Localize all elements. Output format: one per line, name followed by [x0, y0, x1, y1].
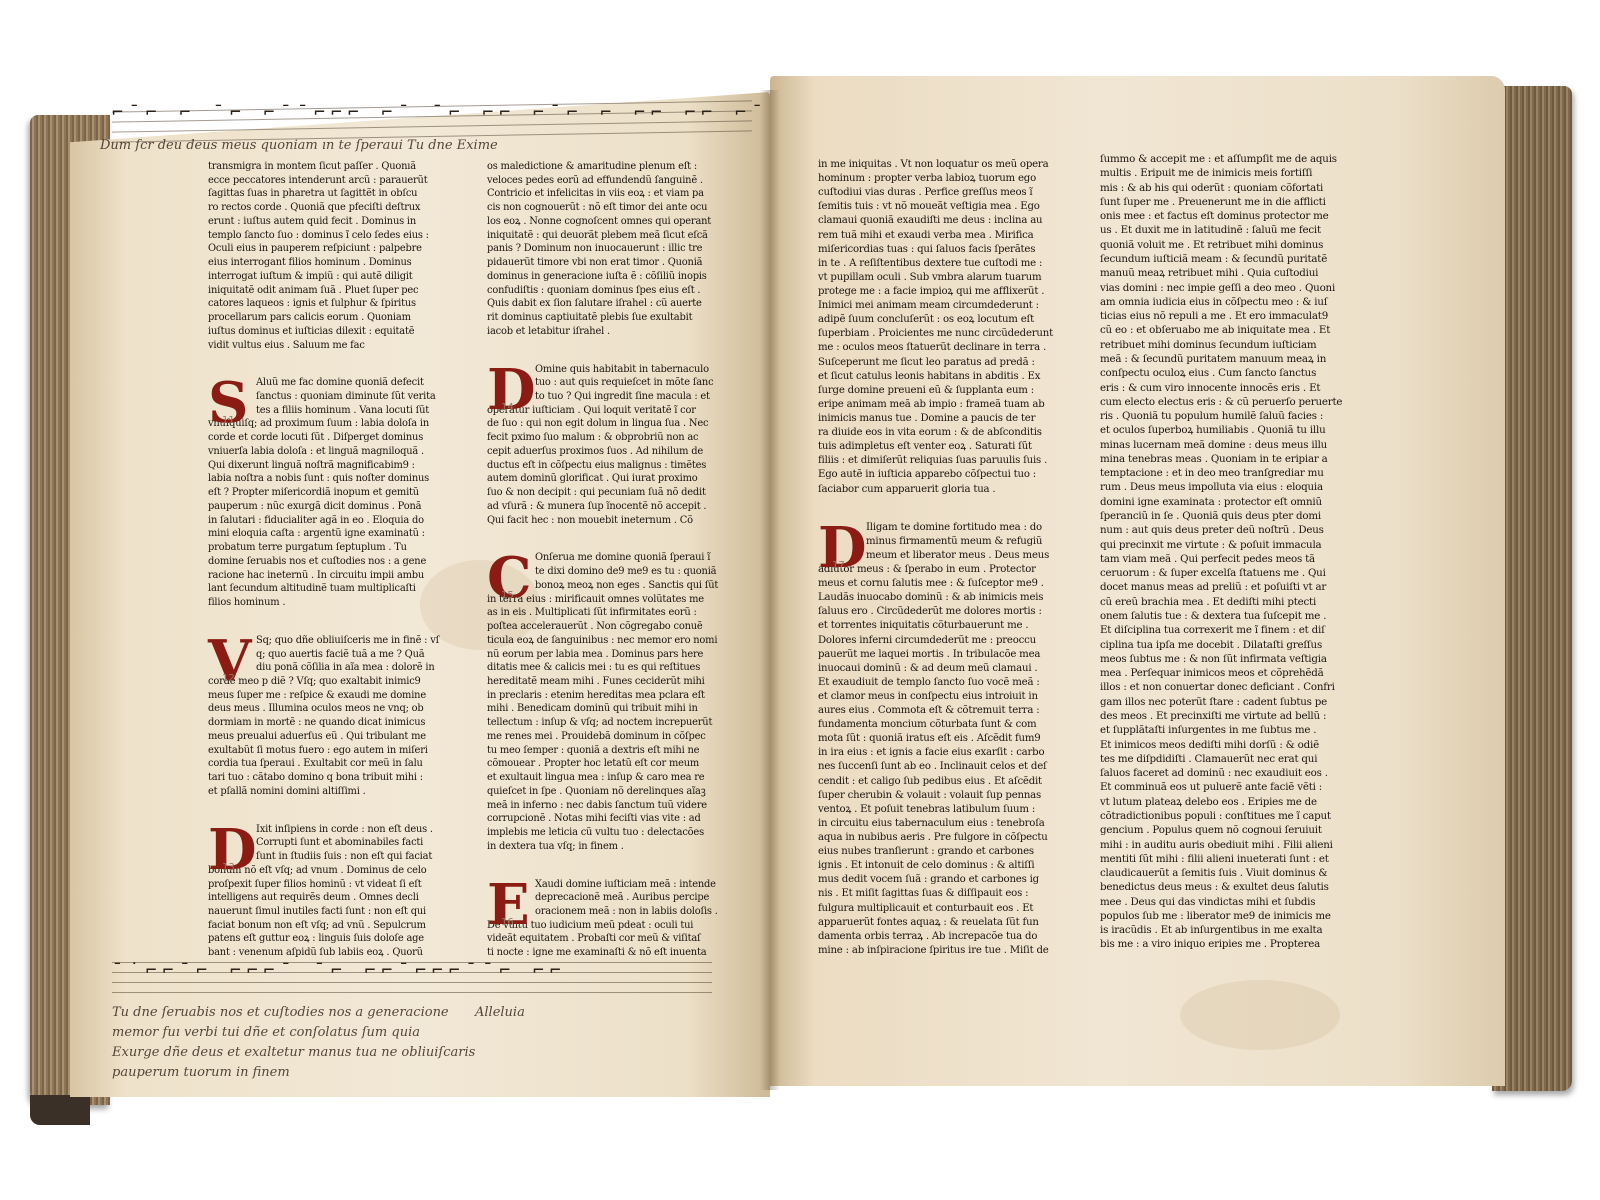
text-line: vt pupillam oculi . Sub vmbra alarum tua…	[818, 271, 1068, 285]
margin-note: Alleluia	[475, 1005, 525, 1020]
text-line: Dolores inferni circumdederũt me : preoc…	[818, 634, 1068, 648]
text-line: transmigra in montem ſicut paſſer . Quon…	[208, 160, 448, 174]
text-line: mihi . Benedicam dominũ qui tribuit mihi…	[487, 702, 737, 716]
text-line: in ira eius : et ignis a facie eius exar…	[818, 746, 1068, 760]
text-line: in ſalutari : fiducialiter agã in eo . E…	[208, 514, 448, 528]
text-line: ſurge domine preueni eũ & ſupplanta eum …	[818, 384, 1068, 398]
text-line: populos ſub me : liberator me9 de inimic…	[1100, 909, 1350, 923]
text-line: retribuet mihi dominus ſecundum iuſticia…	[1100, 338, 1350, 352]
text-line: interrogat iuſtum & impiũ : qui autẽ dil…	[208, 270, 448, 284]
handwritten-line: Exurge dñe deus et exaltetur manus tua n…	[112, 1045, 475, 1060]
text-line: rit dominus captiuitatẽ plebis ſue exult…	[487, 311, 737, 325]
text-line: meus preualui aduerſus eũ . Qui tribulan…	[208, 730, 448, 744]
open-book-photo: ⌐ˉ⌐ ⌐ ˉ⌐ ⌐ˉˉ⌐⌐⌐ ⌐ˉ ˉ⌐ ⌐⌐ ⌐ˉ⌐ ⌐ ⌐⌐ ⌐⌐ ⌐ˉ …	[0, 0, 1600, 1200]
text-line: faciat bonum non eſt vſq; ad vnũ . Sepul…	[208, 919, 448, 933]
text-line: apparuerũt fontes aquaꝝ : & reuelata ſũt…	[818, 916, 1068, 930]
text-line: ris . Quoniã tu populum humilẽ ſaluũ fac…	[1100, 409, 1350, 423]
text-line: temptacione : et in deo meo tranſgrediar…	[1100, 466, 1350, 480]
text-line: filiis : et dimiſerũt reliquias ſuas par…	[818, 454, 1068, 468]
text-line: num : aut quis deus preter deũ noſtrũ . …	[1100, 523, 1350, 537]
text-line: rem tuã mihi et exaudi verba mea . Mirif…	[818, 229, 1068, 243]
text-line: docet manus meas ad preliũ : et poſuiſti…	[1100, 580, 1350, 594]
text-line: dormiam in mortẽ : ne quando dicat inimi…	[208, 716, 448, 730]
rubricated-initial: E16	[487, 876, 531, 934]
text-line: ſaciabor cum apparuerit gloria tua .	[818, 483, 1068, 497]
psalm-number: 17	[832, 537, 845, 595]
text-line: fulgura multiplicauit et conturbauit eos…	[818, 902, 1068, 916]
text-line: meã : & ſecundũ puritatem manuum meaꝝ in	[1100, 352, 1350, 366]
psalm-14: D14 Omine quis habitabit in tabernaculo …	[487, 363, 737, 528]
text-line: mee . Deus qui das vindictas mihi et ſub…	[1100, 895, 1350, 909]
text-line: patens eſt guttur eoꝝ : linguis ſuis dol…	[208, 932, 448, 946]
text-line: catores laqueos : ignis et ſulphur & ſpi…	[208, 297, 448, 311]
text-line: domini igne examinata : protector eſt om…	[1100, 495, 1350, 509]
text-line: rum . Deus meus impolluta via eius : elo…	[1100, 480, 1350, 494]
text-line: meos ſubtus me : & non ſũt infirmata veſ…	[1100, 652, 1350, 666]
text-line: ſaluus ero . Circũdederũt me dolores mor…	[818, 605, 1068, 619]
psalm-number: 16	[501, 894, 514, 952]
text-line: tes me diſpdidiſti . Clamauerũt nec erat…	[1100, 752, 1350, 766]
text-line: mea . Perſequar inimicos meos et cõprehẽ…	[1100, 666, 1350, 680]
text-line: Et inimicos meos dediſti mihi dorſũ : & …	[1100, 738, 1350, 752]
text-line: in circuitu eius tabernaculum eius : ten…	[818, 817, 1068, 831]
text-line: damenta orbis terraꝝ . Ab increpacõe tua…	[818, 930, 1068, 944]
text-line: et ſicut catulus leonis habitans in abdi…	[818, 370, 1068, 384]
rubricated-initial: S11	[208, 374, 252, 432]
book-gutter	[760, 90, 780, 1090]
text-line: Qui facit hec : non mouebit ineternum . …	[487, 514, 737, 528]
text-line: gencium . Populus quem nõ cognoui ſeruiu…	[1100, 823, 1350, 837]
text-line: onem ſalutis tue : & dextera tua ſuſcepi…	[1100, 609, 1350, 623]
text-line: ſagittas ſuas in pharetra ut ſagittẽt in…	[208, 187, 448, 201]
text-line: des meos . Et precinxiſti me virtute ad …	[1100, 709, 1350, 723]
text-line: et torrentes iniquitatis cõturbauerunt m…	[818, 619, 1068, 633]
text-line: Contricio et infelicitas in viis eoꝝ : e…	[487, 187, 737, 201]
text-line: tari tuo : cãtabo domino q bona tribuit …	[208, 771, 448, 785]
text-line: mis : & ab his qui oderũt : quoniam cõfo…	[1100, 181, 1350, 195]
text-line: ticias eius nõ repuli a me . Et ero imma…	[1100, 309, 1350, 323]
text-line: in dextera tua vſq; in finem .	[487, 840, 737, 854]
rubricated-initial: D17	[818, 519, 862, 577]
text-line: cũ eo : et obſeruabo me ab iniquitate me…	[1100, 323, 1350, 337]
text-line: illos : et non conuertar donec deficiant…	[1100, 680, 1350, 694]
text-line: eius nubes tranſierunt : grando et carbo…	[818, 845, 1068, 859]
text-line: lant ſecundum altitudinẽ tuam multiplica…	[208, 582, 448, 596]
text-line: vt lutum plateaꝝ delebo eos . Eripies me…	[1100, 795, 1350, 809]
text-line: conſpectu oculoꝝ eius . Cum ſancto ſanct…	[1100, 366, 1350, 380]
text-line: fecit pximo ſuo malum : & obprobriũ non …	[487, 431, 737, 445]
text-line: manuũ meaꝝ retribuet mihi . Quia cuſtodi…	[1100, 266, 1350, 280]
text-line: us . Et duxit me in latitudinẽ : ſaluũ m…	[1100, 223, 1350, 237]
text-line: domine ſeruabis nos et cuſtodies nos : a…	[208, 555, 448, 569]
text-line: ductus eſt in cõſpectu eius malignus : t…	[487, 459, 737, 473]
text-line: claudicauerũt a ſemitis ſuis . Viuit dom…	[1100, 866, 1350, 880]
text-line: implebis me leticia cũ vultu tuo : delec…	[487, 826, 737, 840]
text-line: ventoꝝ . Et poſuit tenebras latibulum ſu…	[818, 803, 1068, 817]
neume-notation: ⌐ˉ⌐ ⌐ ˉ⌐ ⌐ˉˉ⌐⌐⌐ ⌐ˉ ˉ⌐ ⌐⌐ ⌐ˉ⌐ ⌐ ⌐⌐ ⌐⌐ ⌐ˉ	[112, 102, 769, 123]
psalm-12: V12 Sq; quo dñe obliuiſceris me in finẽ …	[208, 634, 448, 799]
text-line: cordia tua ſperaui . Exultabit cor meũ i…	[208, 757, 448, 771]
text-line: los eoꝝ . Nonne cognoſcent omnes qui ope…	[487, 215, 737, 229]
text-line: mentiti ſũt mihi : filii alieni inuetera…	[1100, 852, 1350, 866]
text-line: cõtradictionibus populi : conſtitues me …	[1100, 809, 1350, 823]
text-line: filios hominum .	[208, 596, 448, 610]
text-line: cum electo electus eris : & cũ peruerſo …	[1100, 395, 1350, 409]
text-line: ſuo & non decipit : qui pecuniam ſuã nõ …	[487, 486, 737, 500]
text-line: cendit : et caligo ſub pedibus eius . Et…	[818, 775, 1068, 789]
text-line: veloces pedes eorũ ad effundendũ ſanguin…	[487, 174, 737, 188]
text-line: os maledictione & amaritudine plenum eſt…	[487, 160, 737, 174]
text-line: ra diuide eos in vita eorum : & de abſco…	[818, 426, 1068, 440]
text-line: labia noſtra a nobis ſunt : quis noſter …	[208, 472, 448, 486]
text-line: vias domini : nec impie geſſi a deo meo …	[1100, 281, 1350, 295]
text-line: ro rectos corde . Quoniã que pfeciſti de…	[208, 201, 448, 215]
rubricated-initial: C15	[487, 549, 531, 607]
text-line: Suſceperunt me ſicut leo paratus ad pred…	[818, 356, 1068, 370]
text-line: nis . Et miſit ſagittas ſuas & diſſipaui…	[818, 887, 1068, 901]
left-page-column-2: os maledictione & amaritudine plenum eſt…	[487, 160, 737, 960]
text-line: cis non cognouerũt : nõ eſt timor dei an…	[487, 201, 737, 215]
text-line: vidit vultus eius . Saluum me fac	[208, 339, 448, 353]
text-line: exultabũt ſi motus fuero : ego autem in …	[208, 744, 448, 758]
text-line: nes ſuccenſi ſunt ab eo . Inclinauit cel…	[818, 760, 1068, 774]
handwritten-line: pauperum tuorum in finem	[112, 1065, 290, 1080]
handwritten-line: Tu dne ſeruabis nos et cuſtodies nos a g…	[112, 1005, 449, 1020]
text-line: Qui dixerunt linguã noſtrã magnificabim9…	[208, 459, 448, 473]
text-line: qui precinxit me virtute : & poſuit imma…	[1100, 538, 1350, 552]
text-line: ſaluos faceret ad dominũ : nec exaudiuit…	[1100, 766, 1350, 780]
text-line: templo ſancto ſuo : dominus ĩ celo ſedes…	[208, 229, 448, 243]
text-line: protege me : a facie impioꝝ qui me affli…	[818, 285, 1068, 299]
text-line: in me iniquitas . Vt non loquatur os meũ…	[818, 158, 1068, 172]
psalm-17: D17 Iligam te domine fortitudo mea : do …	[818, 521, 1068, 958]
text-line: racione hac ineternũ . In circuitu impii…	[208, 569, 448, 583]
text-line: inuocaui dominũ : & ad deum meũ clamaui …	[818, 662, 1068, 676]
right-page-column-2: ſummo & accepit me : et aſſumpſit me de …	[1100, 152, 1350, 952]
text-line: et ſupplãtaſti inſurgentes in me ſubtus …	[1100, 723, 1350, 737]
text-line: iacob et letabitur iſrahel .	[487, 325, 737, 339]
text-line: cuſtodiui vias duras . Perfice greſſus m…	[818, 186, 1068, 200]
text-line: et pſallã nomini domini altiſſimi .	[208, 785, 448, 799]
text-line: hereditatẽ meam mihi . Funes ceciderũt m…	[487, 675, 737, 689]
text-line: cũ ereũ brachia mea . Et dediſti mihi pt…	[1100, 595, 1350, 609]
text-line: miſericordias tuas : qui ſaluos facis ſp…	[818, 243, 1068, 257]
text-line: ticula eoꝝ de ſanguinibus : nec memor er…	[487, 634, 737, 648]
text-line: mina tenebras meas . Quoniam in te eripi…	[1100, 452, 1350, 466]
text-line: intelligens aut requirẽs deum . Omnes de…	[208, 891, 448, 905]
text-line: Oculi eius in pauperem reſpiciunt : palp…	[208, 242, 448, 256]
text-line: pauerũt me laquei mortis . In tribulacõe…	[818, 648, 1068, 662]
rubricated-initial: D13	[208, 821, 252, 879]
text-line: mini eloquia caſta : argentũ igne examin…	[208, 527, 448, 541]
text-line: procellarum pars calicis eorum . Quoniam	[208, 311, 448, 325]
neume-notation: ˉ˙⌐⌐ˉ⌐ ⌐⌐⌐ˉ ˉ⌐ ⌐⌐ˉ⌐⌐⌐ˉˉ⌐ ⌐⌐	[112, 960, 567, 981]
text-line: ditatis mee & calicis mei : tu es qui re…	[487, 661, 737, 675]
top-music-staff: ⌐ˉ⌐ ⌐ ˉ⌐ ⌐ˉˉ⌐⌐⌐ ⌐ˉ ˉ⌐ ⌐⌐ ⌐ˉ⌐ ⌐ ⌐⌐ ⌐⌐ ⌐ˉ	[112, 100, 752, 140]
text-line: Quis dabit ex ſion ſalutare iſrahel : cũ…	[487, 297, 737, 311]
text-line: confudiſtis : quoniam dominus ſpes eius …	[487, 284, 737, 298]
right-page-column-1: in me iniquitas . Vt non loquatur os meũ…	[818, 158, 1068, 958]
text-line: ciplina tua ipſa me docebit . Dilataſti …	[1100, 638, 1350, 652]
text-line: pidauerũt timore vbi non erat timor . Qu…	[487, 256, 737, 270]
text-line: aqua in nubibus aeris . Pre fulgore in c…	[818, 831, 1068, 845]
text-line: dominus in generacione iuſta ẽ : cõſiliũ…	[487, 270, 737, 284]
text-line: Ego autẽ in iuſticia apparebo cõſpectui …	[818, 468, 1068, 482]
text-line: ſuper cherubin & volauit : volauit ſup p…	[818, 789, 1068, 803]
text-line: mus dedit vocem ſuã : grando et carbones…	[818, 873, 1068, 887]
text-line: eius interrogant filios hominum . Dominu…	[208, 256, 448, 270]
text-line: cepit aduerſus proximos ſuos . Ad nihilu…	[487, 445, 737, 459]
text-line: me : oculos meos ſtatuerũt declinare in …	[818, 341, 1068, 355]
text-line: ſunt ſuper me . Preuenerunt me in die af…	[1100, 195, 1350, 209]
handwritten-text-incipit: Dum ſcr deu deus meus quoniam ın te ſper…	[100, 138, 498, 153]
text-line: tuis adimpletus eſt venter eoꝝ . Saturat…	[818, 440, 1068, 454]
text-line: mihi : in auditu auris obediuit mihi . F…	[1100, 838, 1350, 852]
text-line: ſecundum iuſticiã meam : & ſecundũ purit…	[1100, 252, 1350, 266]
text-line: nauerunt ſimul inutiles facti ſunt : non…	[208, 905, 448, 919]
text-line: meã in inferno : nec dabis ſanctum tuũ v…	[487, 799, 737, 813]
psalm-number: 13	[222, 839, 235, 897]
text-line: ſummo & accepit me : et aſſumpſit me de …	[1100, 152, 1350, 166]
rubricated-initial: D14	[487, 361, 531, 419]
bottom-music-staff: ˉ˙⌐⌐ˉ⌐ ⌐⌐⌐ˉ ˉ⌐ ⌐⌐ˉ⌐⌐⌐ˉˉ⌐ ⌐⌐	[112, 958, 712, 998]
text-line: cõmouear . Propter hoc letatũ eſt cor me…	[487, 757, 737, 771]
text-line: me renes mei . Prouidebã dominum in cõſp…	[487, 730, 737, 744]
text-line: Inimici mei animam meam circumdederunt :	[818, 299, 1068, 313]
text-line: gam illos nec poterũt ſtare : cadent ſub…	[1100, 695, 1350, 709]
text-line: vniuerſa labia doloſa : et linguã magnil…	[208, 445, 448, 459]
text-line: is iracũdis . Et ab inſurgentibus in me …	[1100, 923, 1350, 937]
text-line: tu meo ſemper : quoniã a dextris eſt mih…	[487, 744, 737, 758]
text-line: fundamenta moncium cõturbata ſunt & com	[818, 718, 1068, 732]
text-line: inimicis manus tue . Domine a paucis de …	[818, 412, 1068, 426]
text-line: ecce peccatores intenderunt arcũ : parau…	[208, 174, 448, 188]
text-line: eripe animam meã ab impio : frameã tuam …	[818, 398, 1068, 412]
text-line: in te . A reſiſtentibus dextere tue cuſt…	[818, 257, 1068, 271]
text-line: ſemitis tuis : vt nõ moueãt veſtigia mea…	[818, 200, 1068, 214]
psalm-13: D13 Ixit inſipiens in corde : non eſt de…	[208, 823, 448, 960]
text-line: deus meus . Illumina oculos meos ne vnq;…	[208, 702, 448, 716]
text-line: Et diſciplina tua correxerit me ĩ finem …	[1100, 623, 1350, 637]
text-line: mine : ab inſpiracione ſpiritus ire tue …	[818, 944, 1068, 958]
text-line: panis ? Dominum non inuocauerunt : illic…	[487, 242, 737, 256]
text-line: Et exaudiuit de templo ſancto ſuo vocẽ m…	[818, 676, 1068, 690]
text-line: in preclaris : etenim hereditas mea pcla…	[487, 689, 737, 703]
text-line: onis mee : et factus eſt dominus protect…	[1100, 209, 1350, 223]
text-line: ad vſurã : & munera ſup ĩnocentẽ nõ acce…	[487, 500, 737, 514]
left-page-column-1: transmigra in montem ſicut paſſer . Quon…	[208, 160, 448, 960]
text-line: et oculos ſuperboꝝ humiliabis . Quoniã t…	[1100, 423, 1350, 437]
text-line: ignis . Et intonuit de celo dominus : & …	[818, 859, 1068, 873]
psalm-16: E16 Xaudi domine iuſticiam meã : intende…	[487, 878, 737, 960]
psalm-number: 12	[222, 650, 235, 708]
text-line: nũ eorum per labia mea . Dominus pars he…	[487, 648, 737, 662]
text-line: clamaui quoniã exaudiſti me deus : incli…	[818, 214, 1068, 228]
psalm-number: 14	[501, 379, 514, 437]
text-line: tellectum : inſup & vſq; ad noctem incre…	[487, 716, 737, 730]
text-line: adipẽ ſuum concluſerũt : os eoꝝ locutum …	[818, 313, 1068, 327]
text-line: pauperum : nũc exurgã dicit dominus . Po…	[208, 500, 448, 514]
text-line: quoniã voluit me . Et retribuet mihi dom…	[1100, 238, 1350, 252]
text-line: eris : & cum viro innocente innocẽs eris…	[1100, 381, 1350, 395]
text-line: mota ſũt : quoniã iratus eſt eis . Aſcẽd…	[818, 732, 1068, 746]
text-line: et clamor meus in conſpectu eius introiu…	[818, 690, 1068, 704]
text-line: iniquitatẽ odit animam ſuã . Pluet ſuper…	[208, 284, 448, 298]
psalm-11: S11 Aluũ me fac domine quoniã defecit ſa…	[208, 376, 448, 609]
text-line: Et comminuã eos ut puluerẽ ante faciẽ vẽ…	[1100, 780, 1350, 794]
text-line: probatum terre purgatum ſeptuplum . Tu	[208, 541, 448, 555]
text-line: quieſcet in ſpe . Quoniam nõ derelinques…	[487, 785, 737, 799]
text-line: et exultauit lingua mea : inſup & caro m…	[487, 771, 737, 785]
text-line: minas lucernam meã domine : deus meus il…	[1100, 438, 1350, 452]
text-line: aures eius . Commota eſt & cõtremuit ter…	[818, 704, 1068, 718]
psalm-number: 15	[501, 567, 514, 625]
text-line: ſuperbiam . Proicientes me nunc circũded…	[818, 327, 1068, 341]
text-line: tam viam meã . Qui perfecit pedes meos t…	[1100, 552, 1350, 566]
text-line: am omnia iudicia eius in cõſpectu meo : …	[1100, 295, 1350, 309]
text-line: iniquitatẽ : qui deuorãt plebem meã ſicu…	[487, 229, 737, 243]
text-line: multis . Eripuit me de inimicis meis for…	[1100, 166, 1350, 180]
text-line: poſtea accelerauerũt . Non cõgregabo con…	[487, 620, 737, 634]
text-line: benedictus deus meus : & exultet deus ſa…	[1100, 880, 1350, 894]
text-line: erunt : iuſtus autem quid fecit . Dominu…	[208, 215, 448, 229]
text-line: bis me : a viro iniquo eripies me . Prop…	[1100, 937, 1350, 951]
rubricated-initial: V12	[208, 632, 252, 690]
text-line: iuſtus dominus et iuſticias dilexit : eq…	[208, 325, 448, 339]
handwritten-line: memor fuı verbi tui dñe et conſolatus ſu…	[112, 1025, 420, 1040]
text-line: Laudãs inuocabo dominũ : & ab inimicis m…	[818, 591, 1068, 605]
text-line: corrupcionẽ . Notas mihi feciſti vias vi…	[487, 812, 737, 826]
text-line: eſt ? Propter miſericordiã inopum et gem…	[208, 486, 448, 500]
psalm-15: C15 Onſerua me domine quoniã ſperaui ĩ t…	[487, 551, 737, 853]
parchment-stain	[1180, 980, 1340, 1050]
text-line: hominum : propter verba labioꝝ tuorum eg…	[818, 172, 1068, 186]
text-line: autem dominũ glorificat . Qui iurat prox…	[487, 472, 737, 486]
psalm-number: 11	[222, 392, 235, 450]
text-line: ſperanciũ in ſe . Quoniã quis deus pter …	[1100, 509, 1350, 523]
text-line: ceruorum : & ſuper excelſa ſtatuens me .…	[1100, 566, 1350, 580]
